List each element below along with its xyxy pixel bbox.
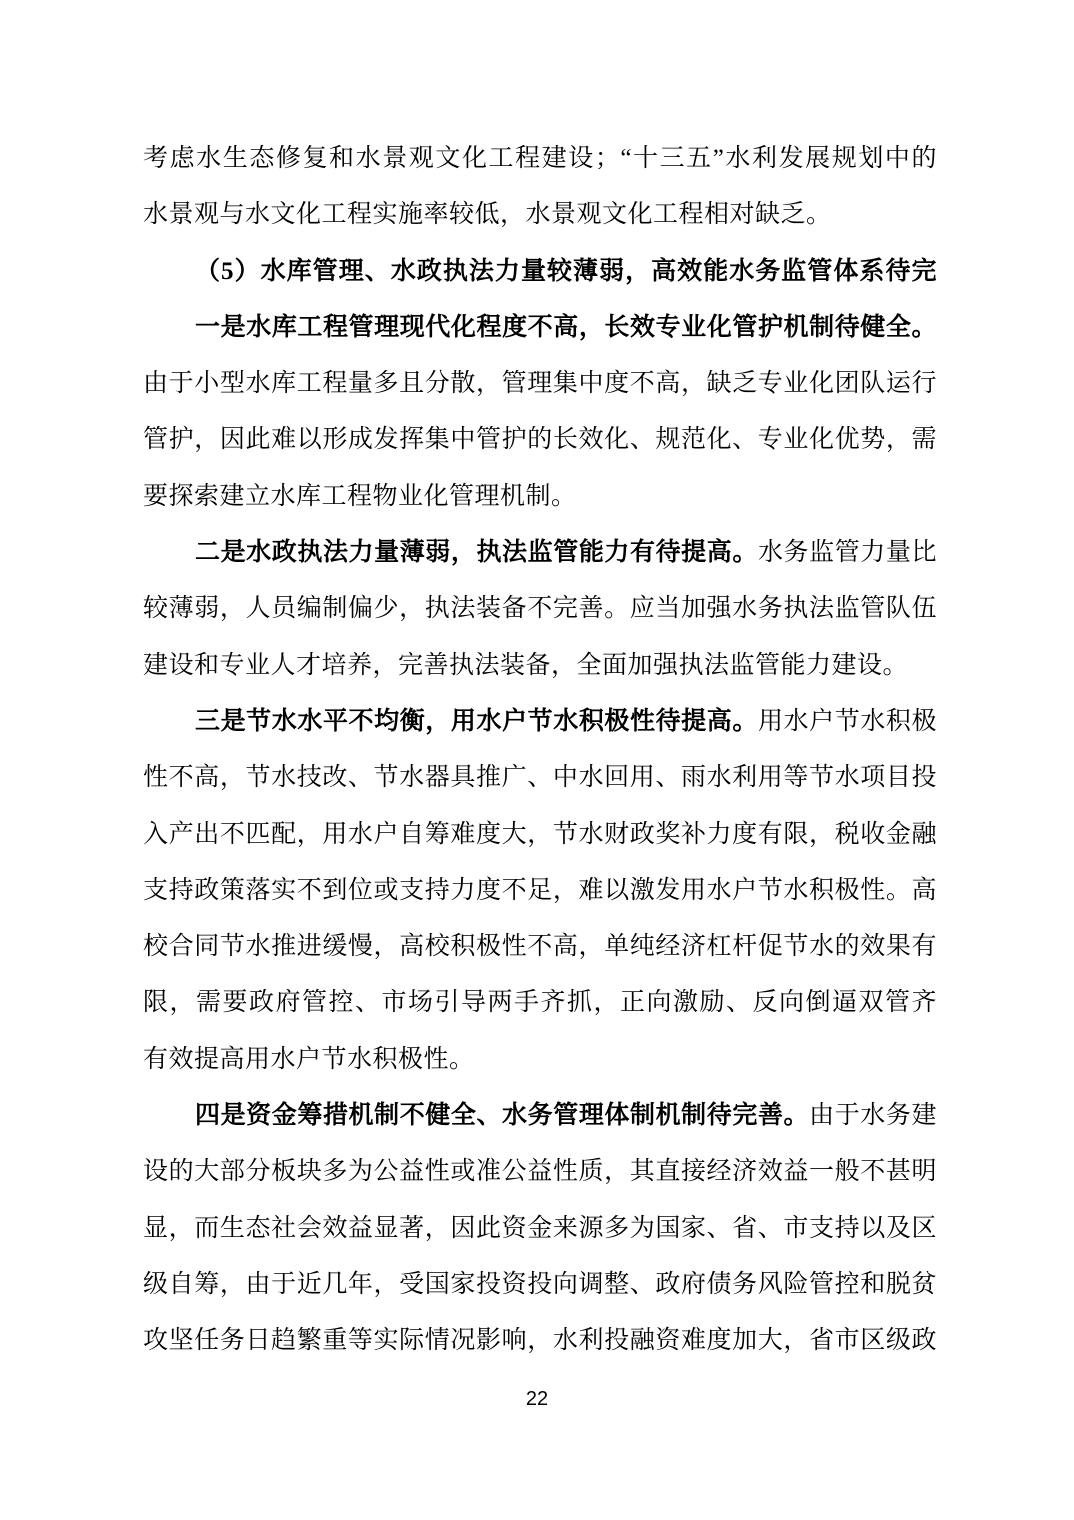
text-segment: 由于小型水库工程量多且分散，管理集中度不高，缺乏专业化团队运行	[143, 370, 937, 397]
text-segment: 级自筹，由于近几年，受国家投资投向调整、政府债务风险管控和脱贫	[143, 1271, 937, 1298]
text-line: 攻坚任务日趋繁重等实际情况影响，水利投融资难度加大，省市区级政	[143, 1313, 937, 1369]
text-line: （5）水库管理、水政执法力量较薄弱，高效能水务监管体系待完善	[143, 244, 937, 300]
bold-text-segment: 一是水库工程管理现代化程度不高，长效专业化管护机制待健全。	[195, 314, 937, 341]
document-body: 考虑水生态修复和水景观文化工程建设；“十三五”水利发展规划中的水景观与水文化工程…	[143, 131, 937, 1370]
text-segment: 有效提高用水户节水积极性。	[143, 1046, 475, 1073]
text-segment: 入产出不匹配，用水户自筹难度大，节水财政奖补力度有限，税收金融	[143, 821, 937, 848]
text-line: 四是资金筹措机制不健全、水务管理体制机制待完善。由于水务建	[143, 1088, 937, 1144]
bold-text-segment: 二是水政执法力量薄弱，执法监管能力有待提高。	[195, 539, 758, 566]
text-line: 一是水库工程管理现代化程度不高，长效专业化管护机制待健全。	[143, 300, 937, 356]
document-page: 考虑水生态修复和水景观文化工程建设；“十三五”水利发展规划中的水景观与水文化工程…	[0, 0, 1074, 1520]
text-line: 性不高，节水技改、节水器具推广、中水回用、雨水利用等节水项目投	[143, 750, 937, 806]
text-segment: 设的大部分板块多为公益性或准公益性质，其直接经济效益一般不甚明	[143, 1158, 937, 1185]
bold-text-segment: 三是节水水平不均衡，用水户节水积极性待提高。	[195, 708, 758, 735]
text-segment: 考虑水生态修复和水景观文化工程建设；“十三五”水利发展规划中的	[143, 145, 937, 172]
text-line: 三是节水水平不均衡，用水户节水积极性待提高。用水户节水积极	[143, 694, 937, 750]
text-segment: 水景观与水文化工程实施率较低，水景观文化工程相对缺乏。	[143, 201, 832, 228]
text-segment: 限，需要政府管控、市场引导两手齐抓，正向激励、反向倒逼双管齐下，	[143, 989, 937, 1031]
text-line: 设的大部分板块多为公益性或准公益性质，其直接经济效益一般不甚明	[143, 1144, 937, 1200]
text-segment: 较薄弱，人员编制偏少，执法装备不完善。应当加强水务执法监管队伍	[143, 595, 937, 622]
text-line: 水景观与水文化工程实施率较低，水景观文化工程相对缺乏。	[143, 187, 937, 243]
text-line: 建设和专业人才培养，完善执法装备，全面加强执法监管能力建设。	[143, 638, 937, 694]
text-segment: 支持政策落实不到位或支持力度不足，难以激发用水户节水积极性。高	[143, 877, 937, 904]
text-line: 较薄弱，人员编制偏少，执法装备不完善。应当加强水务执法监管队伍	[143, 581, 937, 637]
text-segment: 管护，因此难以形成发挥集中管护的长效化、规范化、专业化优势，需	[143, 426, 937, 453]
bold-text-segment: 四是资金筹措机制不健全、水务管理体制机制待完善。	[195, 1102, 809, 1129]
text-line: 管护，因此难以形成发挥集中管护的长效化、规范化、专业化优势，需	[143, 412, 937, 468]
text-line: 显，而生态社会效益显著，因此资金来源多为国家、省、市支持以及区	[143, 1201, 937, 1257]
text-segment: 用水户节水积极	[758, 708, 937, 735]
bold-text-segment: （5）水库管理、水政执法力量较薄弱，高效能水务监管体系待完善	[143, 258, 937, 300]
text-line: 入产出不匹配，用水户自筹难度大，节水财政奖补力度有限，税收金融	[143, 807, 937, 863]
text-segment: 显，而生态社会效益显著，因此资金来源多为国家、省、市支持以及区	[143, 1215, 937, 1242]
page-number: 22	[0, 1386, 1074, 1412]
text-line: 限，需要政府管控、市场引导两手齐抓，正向激励、反向倒逼双管齐下，	[143, 975, 937, 1031]
text-line: 由于小型水库工程量多且分散，管理集中度不高，缺乏专业化团队运行	[143, 356, 937, 412]
text-line: 级自筹，由于近几年，受国家投资投向调整、政府债务风险管控和脱贫	[143, 1257, 937, 1313]
text-segment: 攻坚任务日趋繁重等实际情况影响，水利投融资难度加大，省市区级政	[143, 1327, 937, 1354]
text-segment: 性不高，节水技改、节水器具推广、中水回用、雨水利用等节水项目投	[143, 764, 937, 791]
text-segment: 要探索建立水库工程物业化管理机制。	[143, 483, 577, 510]
text-line: 支持政策落实不到位或支持力度不足，难以激发用水户节水积极性。高	[143, 863, 937, 919]
text-line: 二是水政执法力量薄弱，执法监管能力有待提高。水务监管力量比	[143, 525, 937, 581]
text-line: 考虑水生态修复和水景观文化工程建设；“十三五”水利发展规划中的	[143, 131, 937, 187]
text-segment: 校合同节水推进缓慢，高校积极性不高，单纯经济杠杆促节水的效果有	[143, 933, 937, 960]
text-segment: 水务监管力量比	[758, 539, 937, 566]
text-line: 校合同节水推进缓慢，高校积极性不高，单纯经济杠杆促节水的效果有	[143, 919, 937, 975]
text-line: 要探索建立水库工程物业化管理机制。	[143, 469, 937, 525]
text-line: 有效提高用水户节水积极性。	[143, 1032, 937, 1088]
text-segment: 建设和专业人才培养，完善执法装备，全面加强执法监管能力建设。	[143, 652, 908, 679]
text-segment: 由于水务建	[809, 1102, 937, 1129]
